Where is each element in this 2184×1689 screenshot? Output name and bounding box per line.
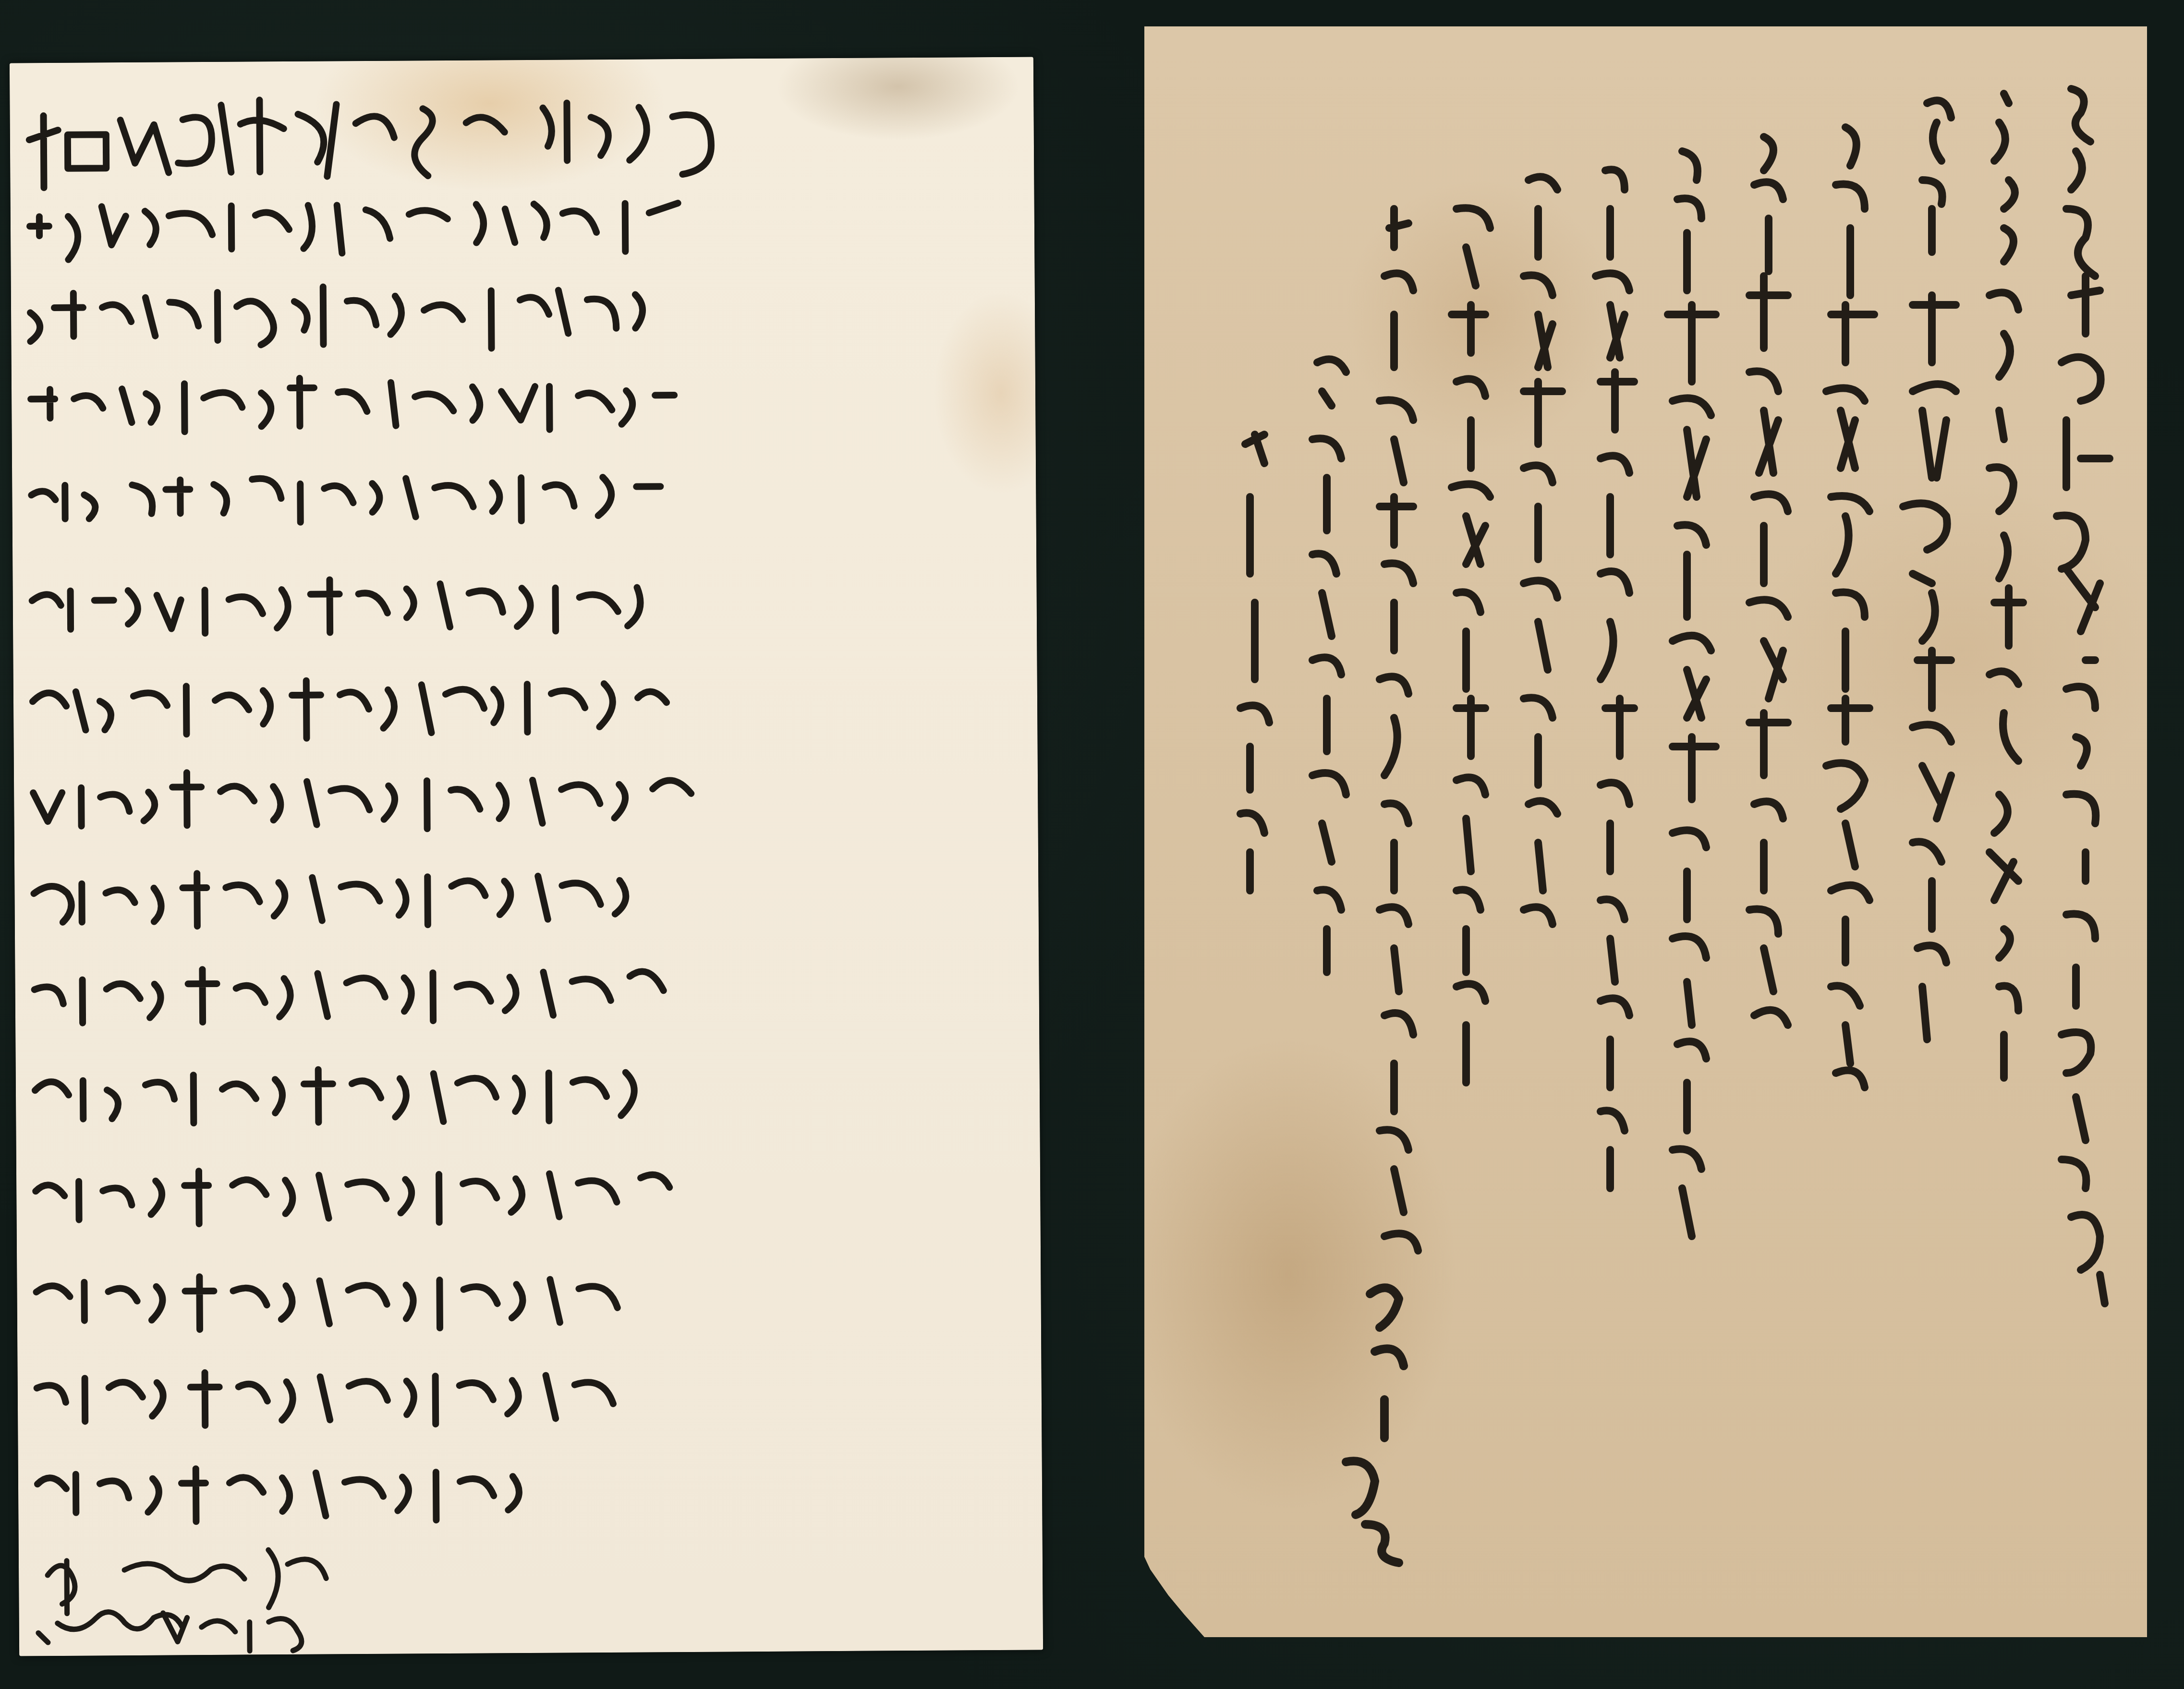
signature-left — [38, 1550, 327, 1653]
postcard-right: Handwritten postcard (right, aged tan pa… — [1144, 26, 2147, 1637]
postcard-left: Handwritten postcard (left, cream paper) — [10, 57, 1043, 1656]
handwriting-left — [10, 57, 1043, 1656]
handwriting-right — [1144, 26, 2147, 1637]
signature-right — [1346, 1288, 1404, 1563]
